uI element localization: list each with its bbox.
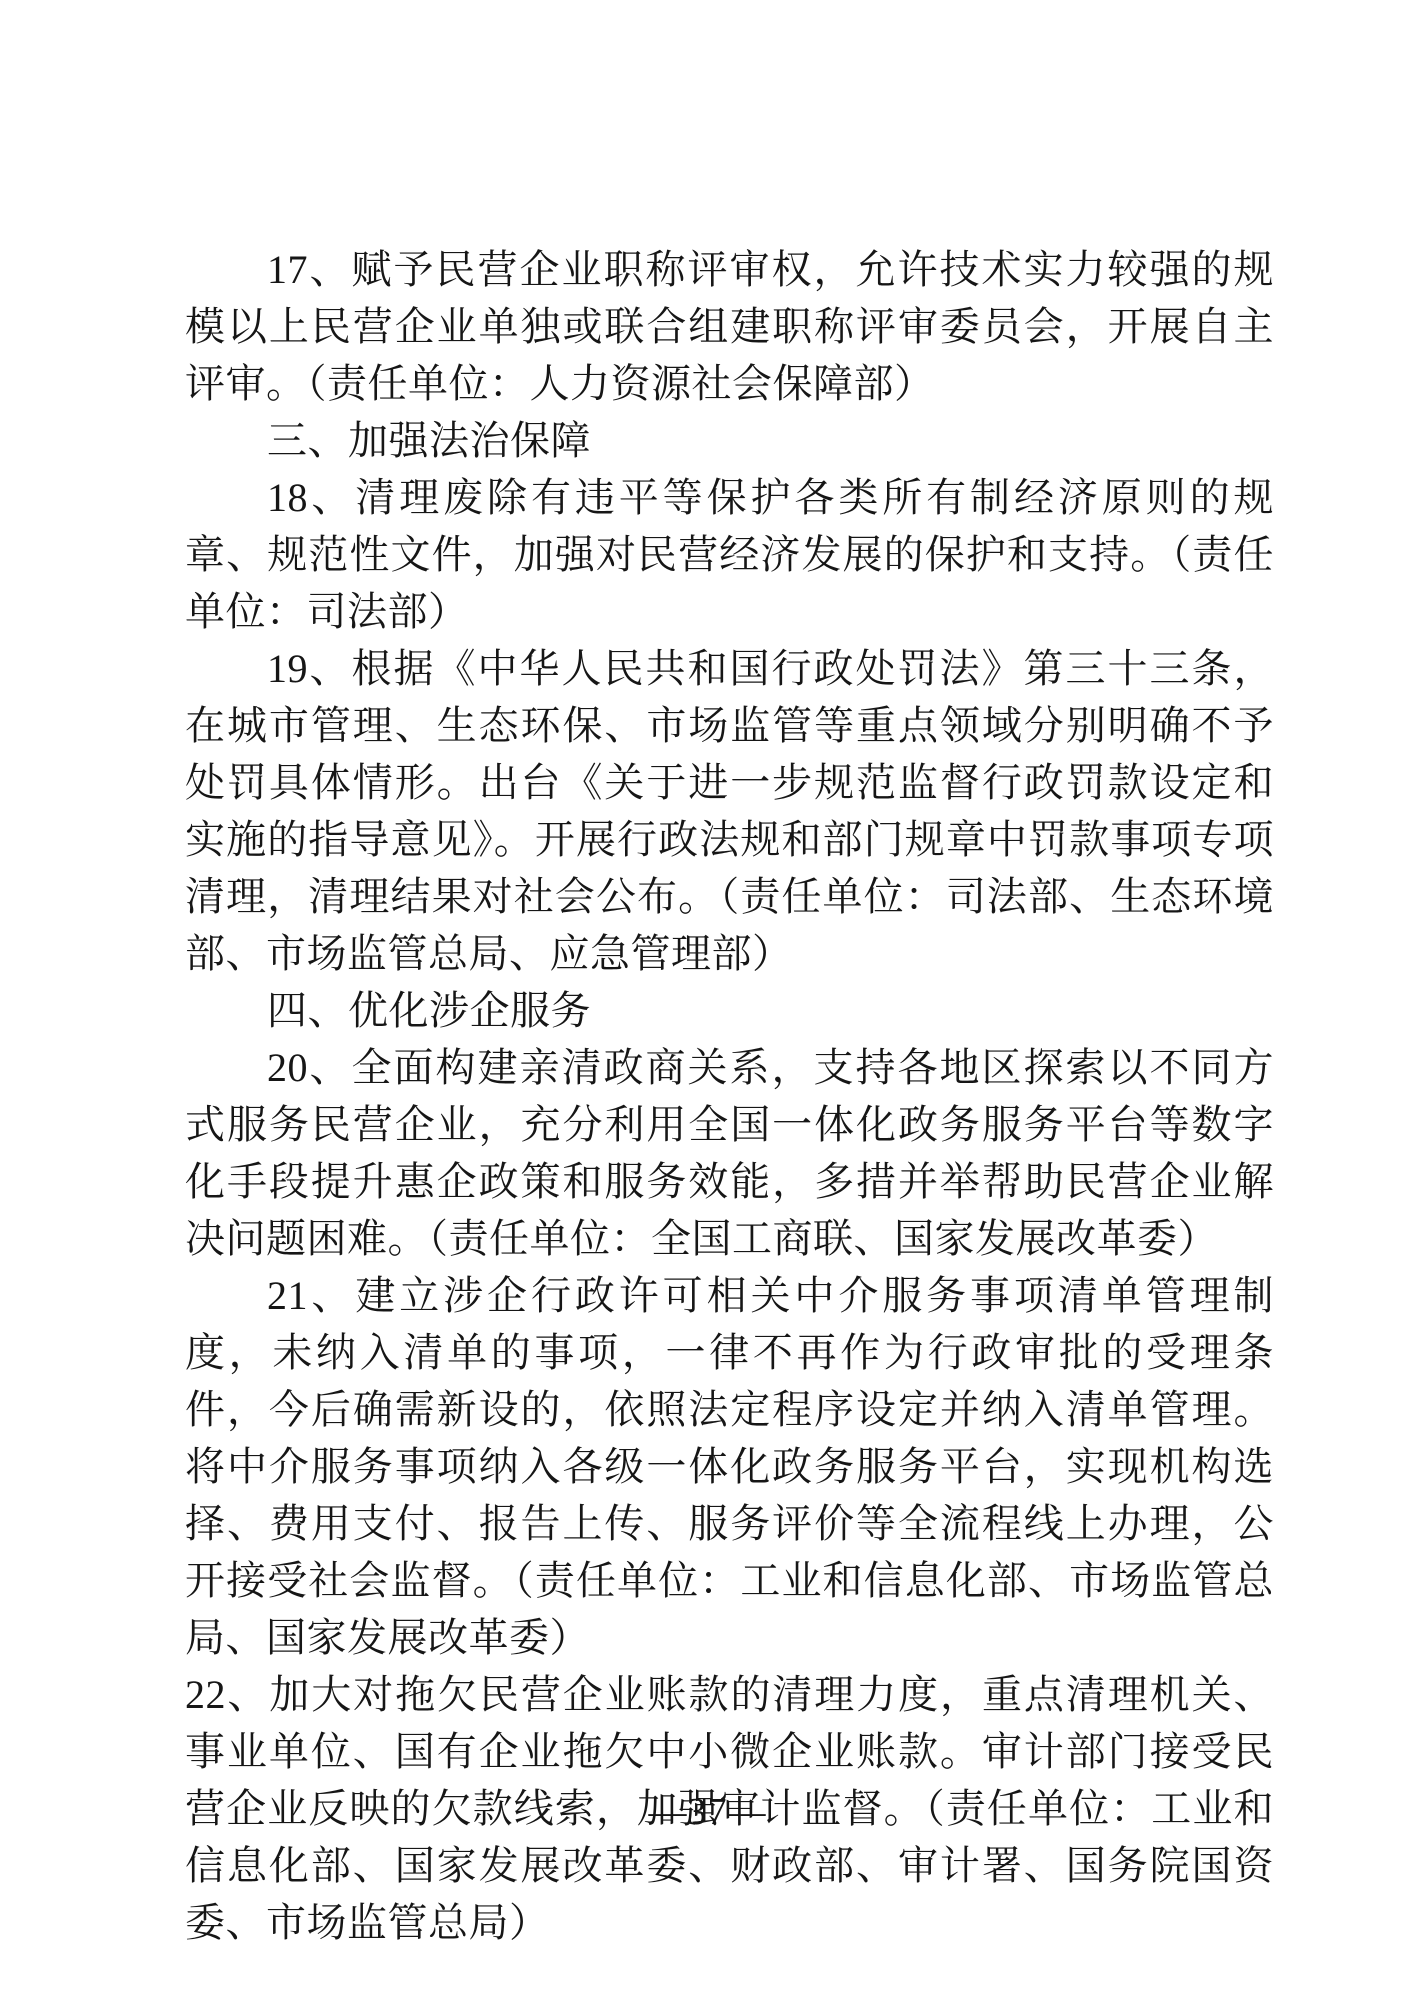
paragraph-item-21: 21、建立涉企行政许可相关中介服务事项清单管理制度，未纳入清单的事项，一律不再作…: [185, 1267, 1274, 1666]
page-number: —37—: [0, 1790, 1415, 1834]
document-page: 17、赋予民营企业职称评审权，允许技术实力较强的规模以上民营企业单独或联合组建职…: [0, 0, 1415, 2000]
section-heading-4: 四、优化涉企服务: [185, 982, 1274, 1039]
document-body: 17、赋予民营企业职称评审权，允许技术实力较强的规模以上民营企业单独或联合组建职…: [185, 241, 1274, 1951]
section-heading-3: 三、加强法治保障: [185, 412, 1274, 469]
paragraph-item-17: 17、赋予民营企业职称评审权，允许技术实力较强的规模以上民营企业单独或联合组建职…: [185, 241, 1274, 412]
paragraph-item-19: 19、根据《中华人民共和国行政处罚法》第三十三条，在城市管理、生态环保、市场监管…: [185, 640, 1274, 982]
paragraph-item-18: 18、清理废除有违平等保护各类所有制经济原则的规章、规范性文件，加强对民营经济发…: [185, 469, 1274, 640]
paragraph-item-20: 20、全面构建亲清政商关系，支持各地区探索以不同方式服务民营企业，充分利用全国一…: [185, 1039, 1274, 1267]
